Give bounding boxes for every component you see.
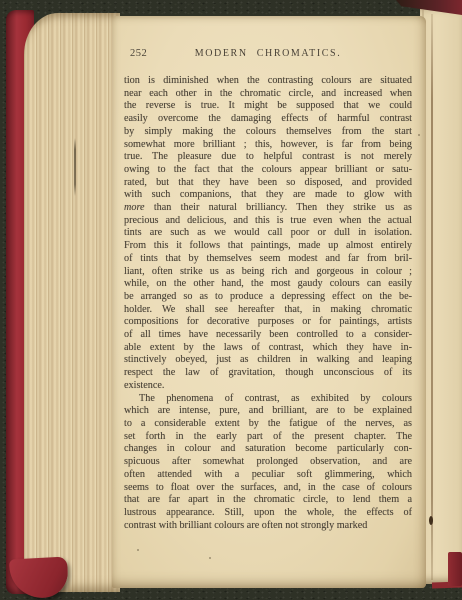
- page-fold-crease: [431, 14, 433, 580]
- text-line: lustrous appearance. Still, upon the who…: [124, 507, 412, 520]
- text-line: while, on the other hand, the most gaudy…: [124, 278, 412, 291]
- text-line: near each other in the chromatic circle,…: [124, 88, 412, 101]
- text-line: true. The pleasure due to helpful contra…: [124, 151, 412, 164]
- text-block: tion is diminished when the contrasting …: [124, 75, 412, 532]
- text-line: holder. We shall see hereafter that, in …: [124, 304, 412, 317]
- dust-speck: [209, 557, 211, 559]
- text-line: which are intense, pure, and brilliant, …: [124, 405, 412, 418]
- text-line: stinctively obeyed, just as children in …: [124, 354, 412, 367]
- text-line: of all times have necessarily been contr…: [124, 329, 412, 342]
- text-line: owing to the fact that the colours appea…: [124, 164, 412, 177]
- text-line: set forth in the early part of the prese…: [124, 431, 412, 444]
- text-line: somewhat more brilliant ; this, however,…: [124, 139, 412, 152]
- text-line: changes in colour and saturation become …: [124, 443, 412, 456]
- text-line: liant, often strike us as being rich and…: [124, 266, 412, 279]
- text-line: that are far apart in the chromatic circ…: [124, 494, 412, 507]
- page-edges-stack: [24, 13, 120, 592]
- text-line: to a considerable extent by the fatigue …: [124, 418, 412, 431]
- cover-sliver-right: [448, 552, 462, 586]
- text-line: spicuous after somewhat prolonged observ…: [124, 456, 412, 469]
- running-title: MODERN CHROMATICS.: [124, 48, 412, 59]
- text-line: tion is diminished when the contrasting …: [124, 75, 412, 88]
- text-line: the reverse is true. It might be suppose…: [124, 100, 412, 113]
- facing-page-edge: [420, 6, 462, 584]
- text-line: easily overcome the damaging effects of …: [124, 113, 412, 126]
- text-line: compositions for decorative purposes or …: [124, 316, 412, 329]
- text-line: more than their natural brilliancy. Then…: [124, 202, 412, 215]
- text-line: contrast with brilliant colours are ofte…: [124, 520, 412, 533]
- text-line: with such companions, that they are made…: [124, 189, 412, 202]
- text-line: The phenomena of contrast, as exhibited …: [124, 393, 412, 406]
- dust-speck: [137, 549, 139, 551]
- text-line: tints are such as we would call poor or …: [124, 227, 412, 240]
- text-line: precious and delicious, and this is true…: [124, 215, 412, 228]
- fold-nick-mark: [429, 516, 433, 525]
- text-line: by simply making the colours themselves …: [124, 126, 412, 139]
- text-line: able extent by the laws of contrast, whi…: [124, 342, 412, 355]
- text-line: often attended with a peculiar soft glim…: [124, 469, 412, 482]
- text-line: be arranged so as to produce a depressin…: [124, 291, 412, 304]
- dust-speck: [418, 134, 420, 136]
- text-line: seems to float over the surfaces, and, i…: [124, 482, 412, 495]
- text-line: From this it follows that paintings, mad…: [124, 240, 412, 253]
- text-line: rated, but that they have been so dispos…: [124, 177, 412, 190]
- text-line: of tints that by themselves seem modest …: [124, 253, 412, 266]
- text-line: existence.: [124, 380, 412, 393]
- page-number: 252: [130, 48, 147, 59]
- running-head: 252 MODERN CHROMATICS.: [124, 48, 412, 62]
- text-line: respect the law of gravitation, though u…: [124, 367, 412, 380]
- book-page: 252 MODERN CHROMATICS. tion is diminishe…: [112, 16, 426, 588]
- page-edge-mark: [74, 138, 76, 196]
